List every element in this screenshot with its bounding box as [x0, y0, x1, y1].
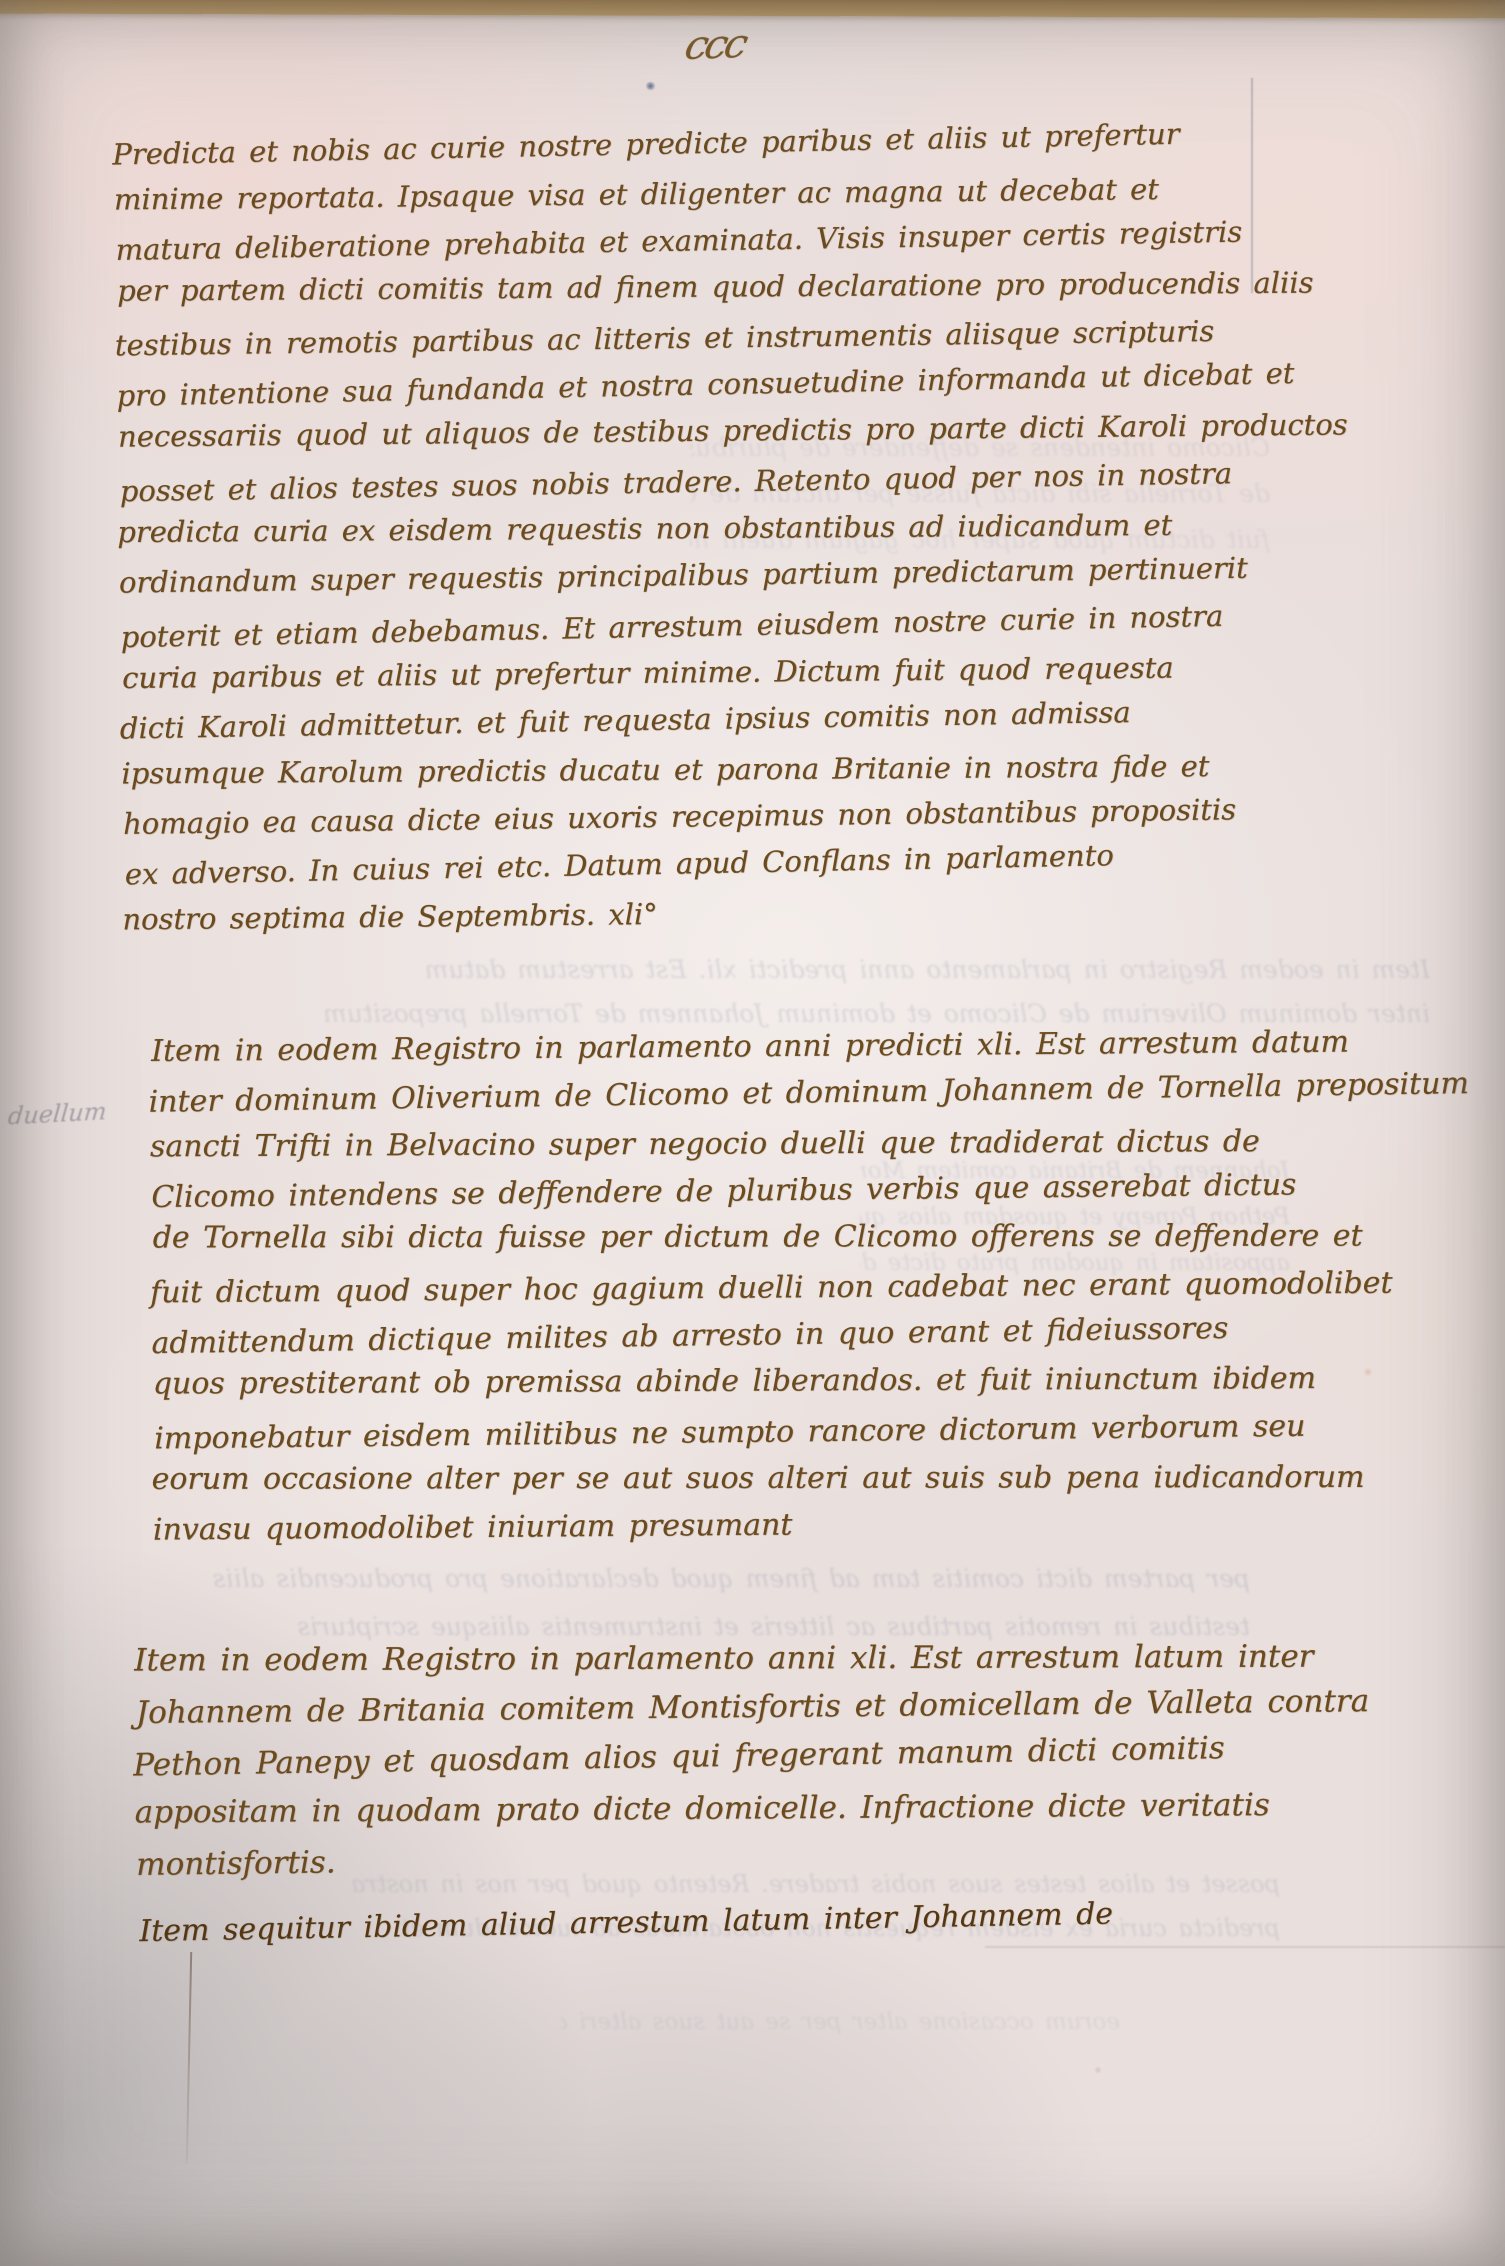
pen-stroke-mark: [186, 1952, 192, 2164]
bleedthrough-line: per partem dicti comitis tam ad finem qu…: [170, 1555, 1250, 1603]
text-line: invasu quomodolibet iniuriam presumant: [153, 1496, 1474, 1554]
manuscript-page: ccc duellum Clicomo intendens se deffend…: [0, 0, 1505, 2266]
text-line: quos prestiterant ob premissa abinde lib…: [153, 1354, 1474, 1408]
bleedthrough-line: eorum occasione alter per se aut suos al…: [560, 2002, 1120, 2042]
folio-number: ccc: [681, 21, 750, 69]
crease-line: [985, 1946, 1505, 1948]
text-line: de Tornella sibi dicta fuisse per dictum…: [153, 1212, 1473, 1262]
ink-blot: [646, 82, 655, 90]
text-paragraph-arret-conflans: Predicta et nobis ac curie nostre predic…: [112, 112, 1352, 944]
margin-note: duellum: [7, 1097, 108, 1130]
text-line: per partem dicti comitis tam ad finem qu…: [117, 258, 1347, 314]
bleedthrough-text: eorum occasione alter per se aut suos al…: [560, 2002, 1120, 2042]
text-paragraph-duel-entry: Item in eodem Registro in parlamento ann…: [148, 1018, 1473, 1556]
text-line: eorum occasione alter per se aut suos al…: [152, 1454, 1472, 1504]
bleedthrough-line: Item in eodem Registro in parlamento ann…: [180, 948, 1430, 992]
text-paragraph-montfort-entry: Item in eodem Registro in parlamento ann…: [132, 1626, 1368, 1888]
page-top-edge: [0, 0, 1505, 18]
